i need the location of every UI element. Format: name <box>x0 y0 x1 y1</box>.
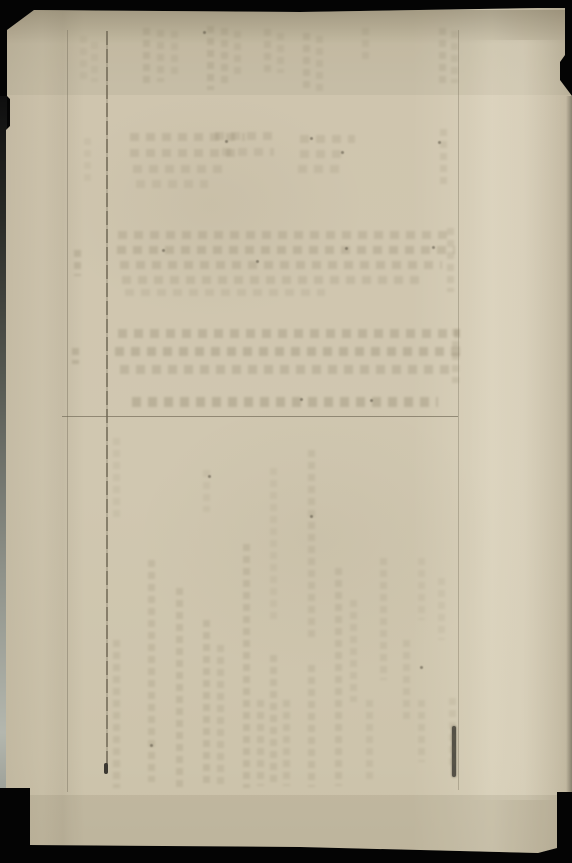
paper-shading-top-area <box>0 0 572 95</box>
ghost-text-row <box>215 132 277 140</box>
ink-speck <box>432 246 435 249</box>
ghost-text-streak <box>449 698 456 770</box>
ghost-text-streak <box>91 42 98 82</box>
ink-speck <box>300 398 303 401</box>
dark-vertical-stroke <box>452 726 456 777</box>
ghost-text-streak <box>217 645 224 787</box>
ghost-text-row <box>118 329 460 338</box>
ghost-text-streak <box>80 36 87 84</box>
inner-left-rule <box>106 31 108 764</box>
ghost-text-row <box>115 347 461 356</box>
ghost-text-row <box>136 180 208 188</box>
paper-highlight-right <box>468 40 568 800</box>
scanned-page <box>0 0 572 863</box>
ink-speck <box>150 744 153 747</box>
ink-speck <box>225 140 228 143</box>
ghost-text-row <box>298 165 342 173</box>
ghost-text-streak <box>270 468 277 620</box>
outer-left-rule <box>67 30 68 792</box>
paper-shading-top-band <box>0 10 572 44</box>
ghost-text-streak <box>143 28 150 88</box>
ghost-text-streak <box>335 568 342 786</box>
ink-speck <box>203 31 206 34</box>
faded-print-layer <box>0 0 572 863</box>
ghost-text-streak <box>316 36 323 91</box>
ghost-text-row <box>120 365 450 374</box>
ghost-text-streak <box>113 640 120 788</box>
ghost-text-streak <box>264 29 271 75</box>
ink-speck <box>256 260 259 263</box>
ghost-text-row <box>130 133 245 141</box>
paper-shading-bottom <box>0 795 572 855</box>
ghost-text-streak <box>366 700 373 780</box>
ink-speck <box>208 475 211 478</box>
ghost-text-row <box>117 246 455 254</box>
ghost-text-streak <box>308 665 315 787</box>
ink-speck <box>310 515 313 518</box>
ink-blob-line-end <box>104 763 108 774</box>
paper-mottling <box>60 90 490 730</box>
ghost-text-streak <box>277 33 284 73</box>
ghost-text-streak <box>203 470 210 512</box>
ghost-text-streak <box>303 33 310 93</box>
ghost-text-streak <box>234 31 241 79</box>
ghost-text-row <box>133 165 228 173</box>
ghost-text-streak <box>176 588 183 790</box>
outer-right-rule <box>458 30 459 790</box>
ghost-text-streak <box>447 228 454 292</box>
ghost-text-row <box>118 231 450 239</box>
ghost-text-row <box>132 397 438 407</box>
ghost-text-streak <box>221 28 228 86</box>
ghost-text-streak <box>308 450 315 642</box>
ink-speck <box>162 249 165 252</box>
ink-speck <box>310 137 313 140</box>
ghost-text-row <box>300 135 355 143</box>
page-edge-highlight <box>0 96 7 788</box>
ghost-text-streak <box>72 348 79 364</box>
ghost-text-streak <box>207 26 214 90</box>
ghost-text-row <box>130 149 235 157</box>
ghost-text-streak <box>439 28 446 88</box>
paper-sheet <box>0 0 572 863</box>
ink-speck <box>345 247 348 250</box>
ink-speck <box>341 151 344 154</box>
ghost-text-streak <box>418 700 425 762</box>
ghost-text-streak <box>451 31 458 83</box>
ghost-text-streak <box>438 578 445 640</box>
ghost-text-streak <box>113 438 120 520</box>
ghost-text-streak <box>74 250 81 276</box>
paper-shading-left-column <box>42 0 84 863</box>
ghost-text-streak <box>452 329 459 383</box>
ghost-text-streak <box>403 640 410 722</box>
ghost-text-row <box>122 276 422 284</box>
ghost-text-streak <box>418 558 425 620</box>
ink-speck <box>420 666 423 669</box>
ghost-text-streak <box>380 558 387 680</box>
ghost-text-streak <box>283 700 290 786</box>
ink-speck <box>438 141 441 144</box>
ruled-table-lines <box>0 0 572 863</box>
ghost-text-streak <box>350 600 357 702</box>
mid-horizontal-rule <box>62 416 458 417</box>
ghost-text-row <box>125 289 325 296</box>
ghost-text-row <box>300 150 348 158</box>
ghost-text-streak <box>362 28 369 62</box>
ink-speck <box>370 399 373 402</box>
ghost-text-streak <box>157 30 164 82</box>
ghost-text-streak <box>84 138 91 182</box>
ghost-text-streak <box>257 700 264 786</box>
ghost-text-streak <box>148 560 155 782</box>
ghost-text-streak <box>171 31 178 77</box>
ghost-text-row <box>120 261 442 269</box>
ghost-text-row <box>222 148 274 156</box>
ghost-text-streak <box>203 620 210 788</box>
ghost-text-streak <box>243 544 250 788</box>
paper-edge-shadow-right <box>566 96 572 792</box>
ghost-text-streak <box>440 129 447 187</box>
ghost-text-streak <box>270 655 277 787</box>
